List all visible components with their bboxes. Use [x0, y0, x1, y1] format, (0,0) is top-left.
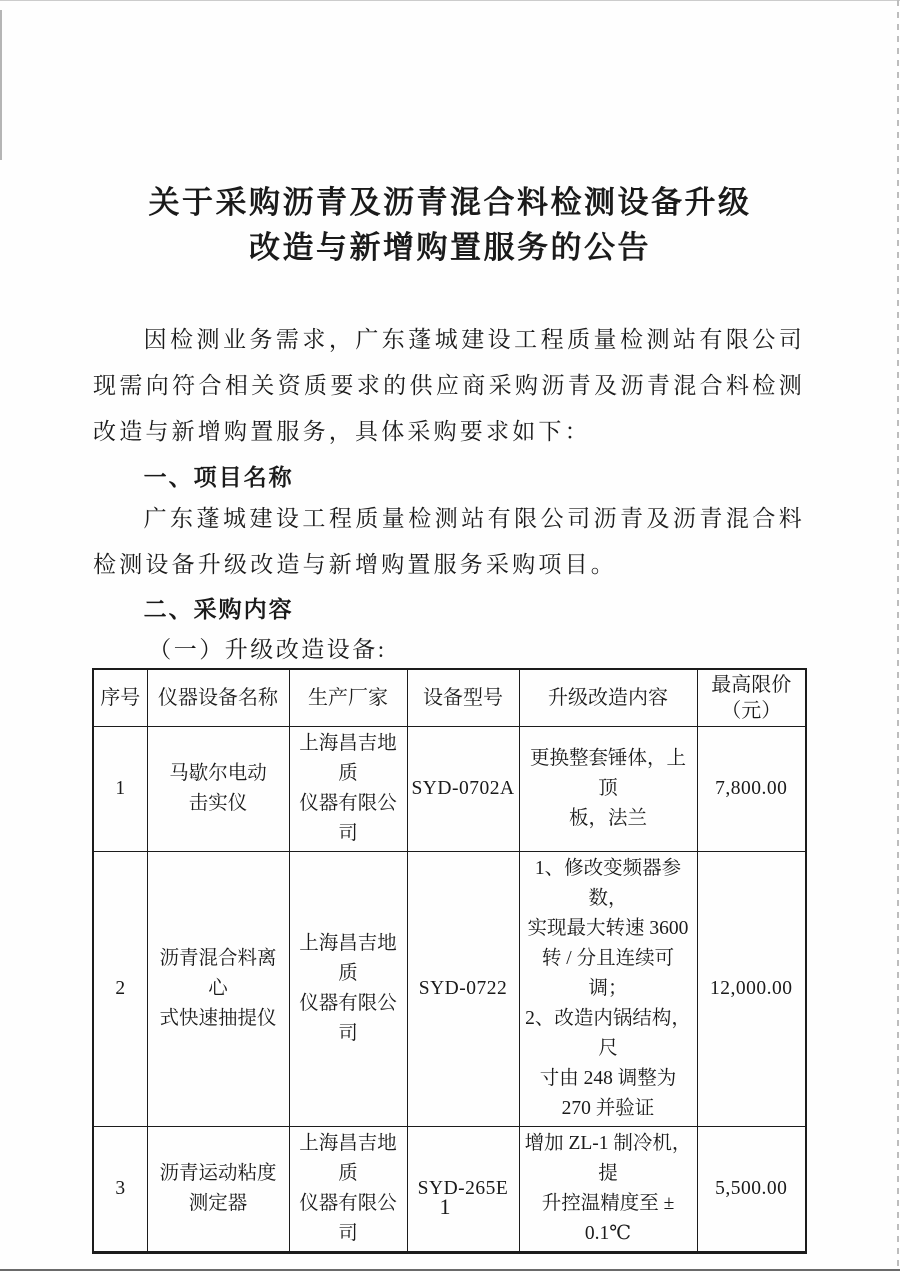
scanned-document-page: 关于采购沥青及沥青混合料检测设备升级 改造与新增购置服务的公告 因检测业务需求，…	[0, 0, 900, 1272]
col-header-index: 序号	[93, 669, 147, 727]
subsection-heading: （一）升级改造设备:	[93, 631, 805, 664]
cell-upgrade-content: 1、修改变频器参数， 实现最大转速 3600 转 / 分且连续可调； 2、改造内…	[519, 852, 697, 1127]
table-row: 2 沥青混合料离心 式快速抽提仪 上海昌吉地质 仪器有限公司 SYD-0722 …	[93, 852, 806, 1127]
cell-model: SYD-0722	[407, 852, 519, 1127]
table-header-row: 序号 仪器设备名称 生产厂家 设备型号 升级改造内容 最高限价 （元）	[93, 669, 806, 727]
cell-upgrade-content: 更换整套锤体，上顶 板，法兰	[519, 727, 697, 852]
cell-max-price: 7,800.00	[697, 727, 806, 852]
section-1-body: 广东蓬城建设工程质量检测站有限公司沥青及沥青混合料检测设备升级改造与新增购置服务…	[93, 496, 805, 588]
scan-artifact-left-edge	[0, 10, 2, 160]
col-header-manufacturer: 生产厂家	[289, 669, 407, 727]
col-header-upgrade-content: 升级改造内容	[519, 669, 697, 727]
intro-paragraph: 因检测业务需求，广东蓬城建设工程质量检测站有限公司现需向符合相关资质要求的供应商…	[93, 317, 805, 455]
cell-index: 1	[93, 727, 147, 852]
cell-equipment-name: 沥青混合料离心 式快速抽提仪	[147, 852, 289, 1127]
section-1-heading: 一、项目名称	[93, 459, 805, 492]
document-title: 关于采购沥青及沥青混合料检测设备升级 改造与新增购置服务的公告	[0, 180, 900, 270]
cell-model: SYD-0702A	[407, 727, 519, 852]
title-line-1: 关于采购沥青及沥青混合料检测设备升级	[0, 180, 900, 225]
table-row: 1 马歇尔电动 击实仪 上海昌吉地质 仪器有限公司 SYD-0702A 更换整套…	[93, 727, 806, 852]
title-line-2: 改造与新增购置服务的公告	[0, 225, 900, 270]
cell-upgrade-content: 增加 ZL-1 制冷机，提 升控温精度至 ± 0.1℃	[519, 1127, 697, 1253]
cell-model: SYD-265E	[407, 1127, 519, 1253]
section-2-heading: 二、采购内容	[93, 591, 805, 624]
cell-equipment-name: 沥青运动粘度 测定器	[147, 1127, 289, 1253]
cell-manufacturer: 上海昌吉地质 仪器有限公司	[289, 727, 407, 852]
page-number: 1	[0, 1194, 890, 1220]
cell-max-price: 5,500.00	[697, 1127, 806, 1253]
col-header-model: 设备型号	[407, 669, 519, 727]
upgrade-equipment-table: 序号 仪器设备名称 生产厂家 设备型号 升级改造内容 最高限价 （元） 1 马歇…	[92, 668, 807, 1254]
table-row: 3 沥青运动粘度 测定器 上海昌吉地质 仪器有限公司 SYD-265E 增加 Z…	[93, 1127, 806, 1253]
cell-max-price: 12,000.00	[697, 852, 806, 1127]
col-header-equipment-name: 仪器设备名称	[147, 669, 289, 727]
cell-manufacturer: 上海昌吉地质 仪器有限公司	[289, 1127, 407, 1253]
cell-index: 3	[93, 1127, 147, 1253]
scan-artifact-bottom-edge	[0, 1269, 900, 1271]
cell-index: 2	[93, 852, 147, 1127]
cell-manufacturer: 上海昌吉地质 仪器有限公司	[289, 852, 407, 1127]
cell-equipment-name: 马歇尔电动 击实仪	[147, 727, 289, 852]
scan-artifact-top-edge	[0, 0, 900, 1]
col-header-max-price: 最高限价 （元）	[697, 669, 806, 727]
